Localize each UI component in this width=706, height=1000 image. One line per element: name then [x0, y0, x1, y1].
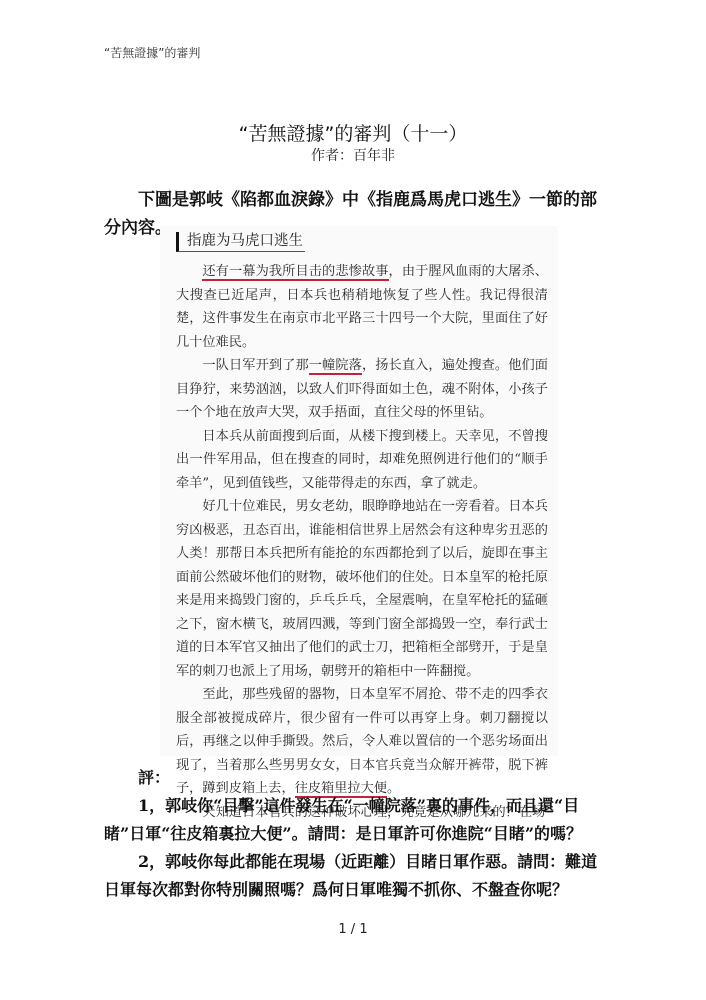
- comment-item: 1，郭岐你“目擊”這件發生在“一幢院落”裏的事件，而且還“目睹”日軍“往皮箱裏拉…: [104, 792, 612, 848]
- excerpt-paragraph: 好几十位难民，男女老幼，眼睁睁地站在一旁看着。日本兵穷凶极恶，丑态百出，谁能相信…: [176, 495, 548, 683]
- excerpt-paragraph: 日本兵从前面搜到后面，从楼下搜到楼上。天幸见，不曾搜出一件军用品，但在搜查的同时…: [176, 425, 548, 496]
- page-indicator: 1 / 1: [0, 922, 706, 937]
- excerpt-heading: 指鹿为马虎口逃生: [176, 232, 305, 252]
- document-author: 作者：百年非: [0, 145, 706, 165]
- comments-section: 評： 1，郭岐你“目擊”這件發生在“一幢院落”裏的事件，而且還“目睹”日軍“往皮…: [104, 764, 612, 904]
- excerpt-text: 一队日军开到了那: [202, 358, 308, 373]
- underlined-phrase: 一幢院落: [309, 358, 362, 375]
- excerpt-body: 还有一幕为我所目击的悲惨故事，由于腥风血雨的大屠杀、大搜查已近尾声，日本兵也稍稍…: [176, 260, 548, 824]
- comment-item: 2，郭岐你每此都能在現場（近距離）目睹日軍作惡。請問：難道日軍每次都對你特別關照…: [104, 848, 612, 904]
- underlined-phrase: 还有一幕为我所目击的悲惨故事: [202, 264, 388, 281]
- running-header: “苦無證據”的審判: [104, 44, 200, 61]
- excerpt-paragraph: 一队日军开到了那一幢院落，扬长直入，遍处搜查。他们面目狰狞，来势汹汹，以致人们吓…: [176, 354, 548, 425]
- comments-label: 評：: [104, 764, 612, 792]
- document-title: “苦無證據”的審判（十一）: [0, 119, 706, 146]
- excerpt-paragraph: 还有一幕为我所目击的悲惨故事，由于腥风血雨的大屠杀、大搜查已近尾声，日本兵也稍稍…: [176, 260, 548, 354]
- book-excerpt-image: 指鹿为马虎口逃生 还有一幕为我所目击的悲惨故事，由于腥风血雨的大屠杀、大搜查已近…: [160, 226, 558, 756]
